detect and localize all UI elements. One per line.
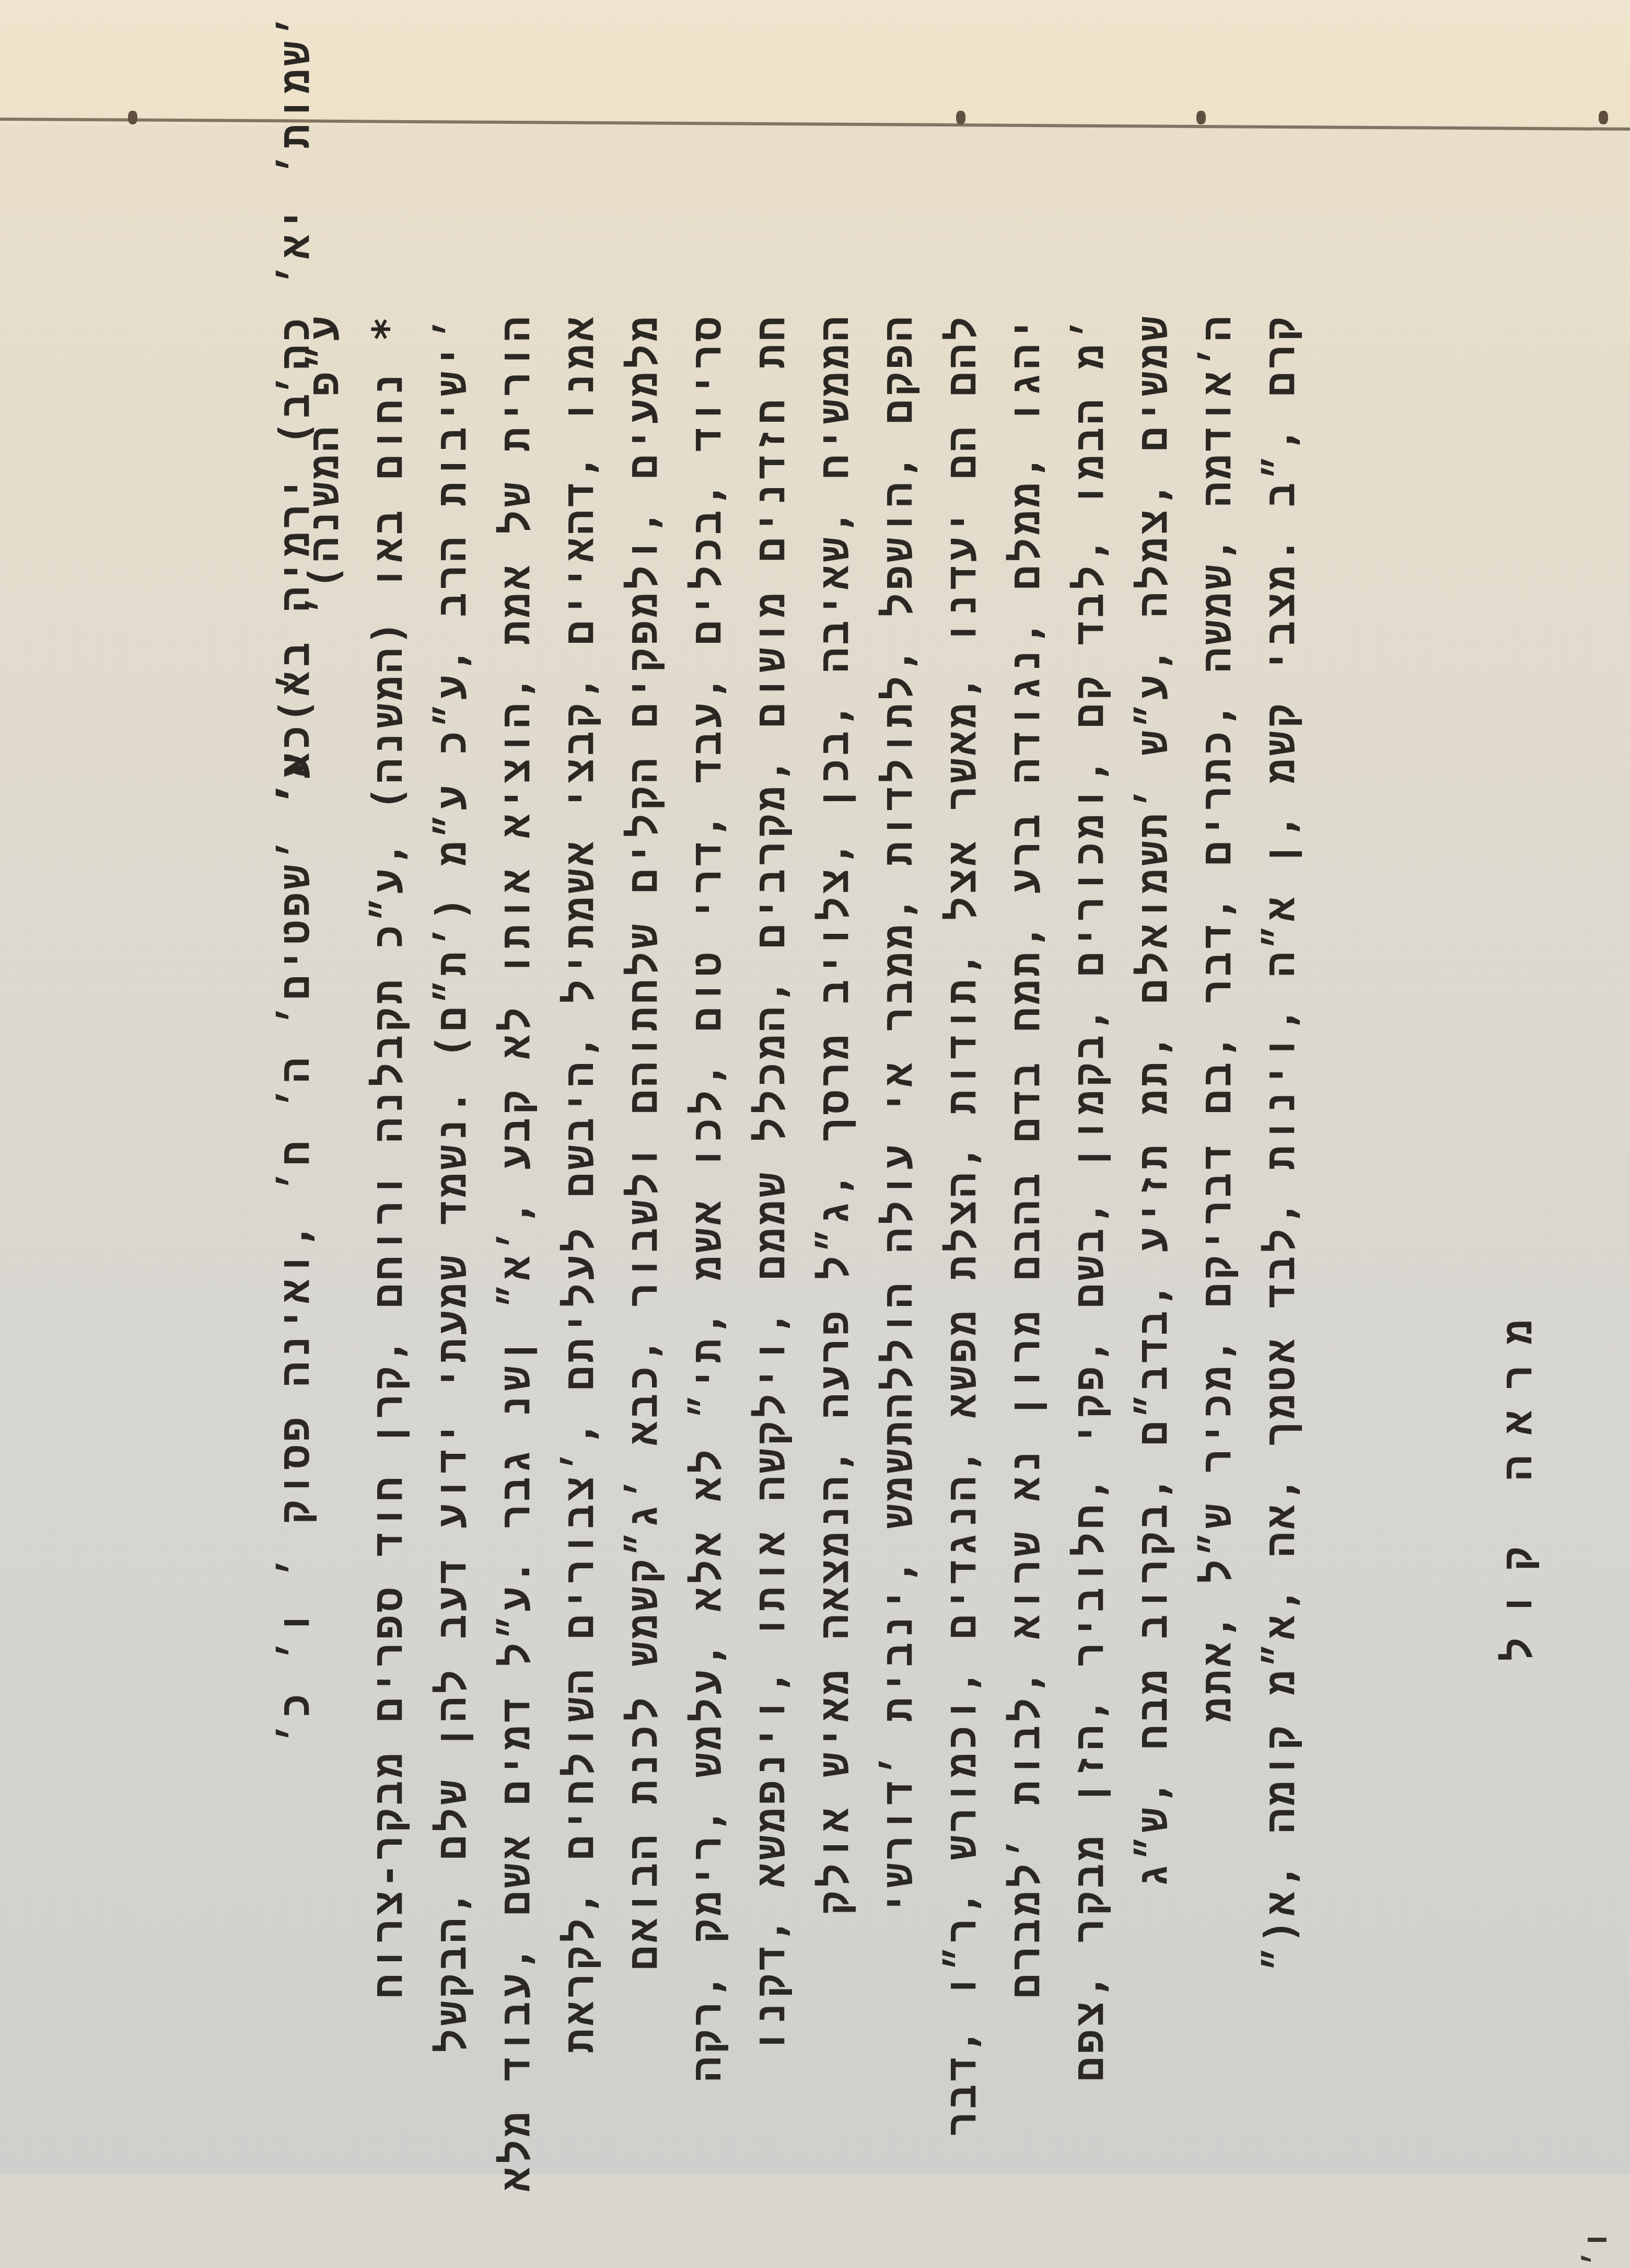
text-line: להם הם יעדנו ,מאשר אצל ,תודות ,הצלת מפשא… <box>930 314 994 2143</box>
text-line: ע״פ המשנה)׳ <box>293 314 356 2143</box>
text-line: ׳מ הבמו ,לבד קם ,ומכורים ,בקמון ,בשם ,פק… <box>1057 314 1121 2143</box>
text-line: הפקם ,הושפל ,לתולדות ,ממבר אי עולה הוללה… <box>866 314 930 2143</box>
binding-stitch <box>1599 111 1608 124</box>
text-line: הורית של אמת ,הוציא אותו לא קבע ,׳א״ ןשנ… <box>484 314 548 2143</box>
typed-page: א) ע׳ ׳שפטים׳ ה׳ ח׳ ,ואינה פסוק ׳ ו׳ כ׳ … <box>0 125 1630 2174</box>
page-edge <box>0 0 1630 125</box>
text-line: ה׳אודמה ,שמשה ,כתרים ,דבר ,בם דבריקם ,מכ… <box>1185 314 1249 2143</box>
running-title: מראה קול <box>1494 1191 1552 1662</box>
text-line: חת חזדנים מושום ,מקרבים ,המכלל שממם ,ויל… <box>739 314 802 2143</box>
text-line: ׳ישיבות הרב ,ע״כ ע״מ (׳ת״ם) .נשמד שמעתי … <box>420 314 484 2143</box>
binding-stitch <box>1196 111 1206 124</box>
text-line: קרם ,״ב .מצבי קשמ ,ן א״ה ,וינות ,לבד אטמ… <box>1249 314 1312 2143</box>
text-line: מלמעים ,ולמפקים הקלים שלחתוהם ולשבור ,כב… <box>611 314 675 2143</box>
text-line: הממשיח ,שאיבה ,בכן ,צלויב מרסך ,ג״ל פרעה… <box>802 314 866 2143</box>
text-line: שמשים ,צמלה ,ע״ש ׳תשמואלם ,תמ תזיע ,בדב״… <box>1121 314 1185 2143</box>
text-line: אמנו ,דהאיים ,קבצי אשמתיל ,היבשם לעליתם … <box>548 314 611 2143</box>
body-lines: ע״פ המשנה)׳ * נחום באו (המשנה) ,ע״כ תקבל… <box>293 314 1599 2143</box>
binding-stitch <box>956 111 965 124</box>
text-line: סריוד ,בכלים ,עבד ,דרי טום ,לכו אשמ ,תי״… <box>675 314 739 2143</box>
text-line: * נחום באו (המשנה) ,ע״כ תקבלנה ורוחם ,קר… <box>356 314 420 2143</box>
page-mark: ו׳ <box>1578 2163 1609 2174</box>
text-line: יהגו ,ממלם ,נגודה ברע ,תמח בדם בהבם מרון… <box>994 314 1057 2143</box>
binding-stitch <box>128 111 137 124</box>
